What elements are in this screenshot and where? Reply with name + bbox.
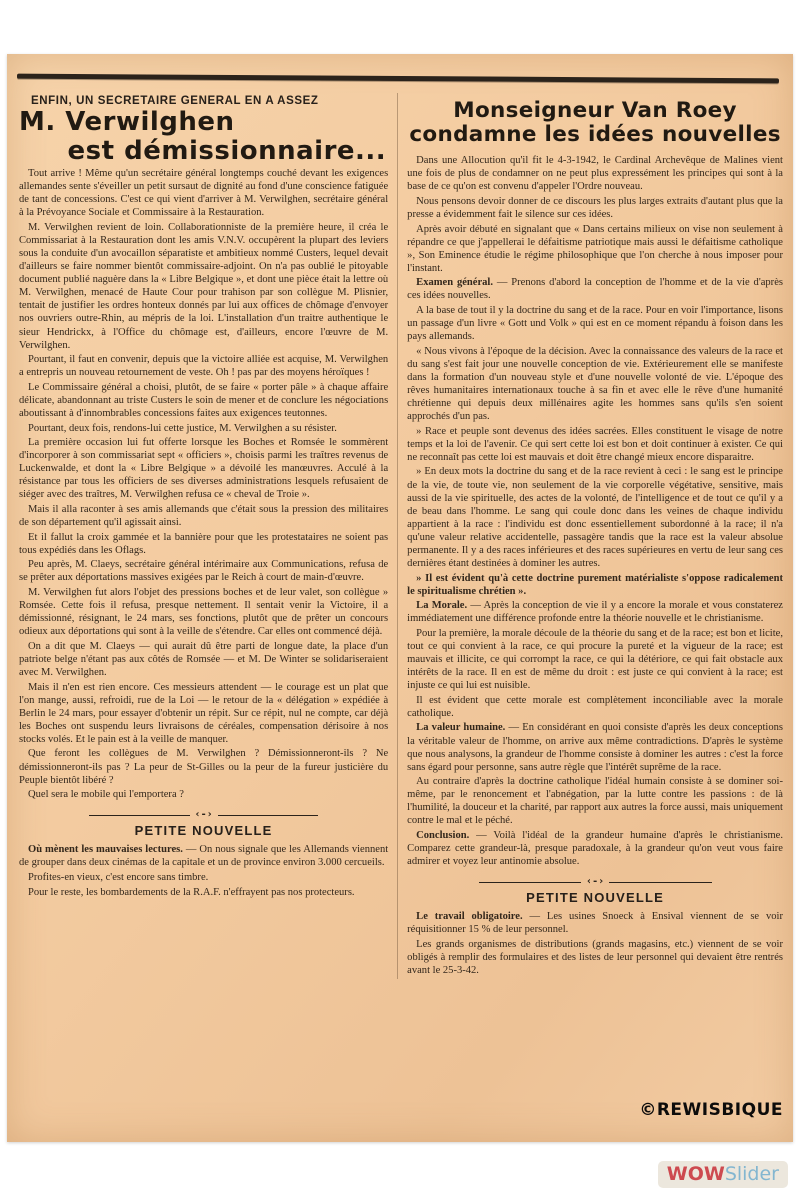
wowslider-watermark[interactable]: WOWSlider xyxy=(658,1161,788,1188)
divider-line-right xyxy=(218,815,318,817)
wowslider-wow-text: WOW xyxy=(667,1163,725,1185)
masthead-rule xyxy=(17,74,779,84)
paragraph-text: Le Commissaire général a choisi, plutôt,… xyxy=(19,382,388,419)
paragraph-lead: La Morale. xyxy=(416,600,470,611)
paragraph: » Il est évident qu'à cette doctrine pur… xyxy=(407,572,783,598)
paragraph: On a dit que M. Claeys — qui aurait dû ê… xyxy=(19,640,388,679)
paragraph: Peu après, M. Claeys, secrétaire général… xyxy=(19,558,388,584)
paragraph: Examen général.— Prenons d'abord la conc… xyxy=(407,276,783,302)
paragraph-text: Tout arrive ! Même qu'un secrétaire géné… xyxy=(19,168,388,218)
copyright-credit: ©REWISBIQUE xyxy=(639,1100,783,1120)
scanned-newspaper-page: ENFIN, UN SECRETAIRE GENERAL EN A ASSEZ … xyxy=(7,54,793,1142)
paragraph-lead: La valeur humaine. xyxy=(416,722,508,733)
divider-ornament-icon: ‹-› xyxy=(581,877,609,887)
news-item: Où mènent les mauvaises lectures.— On no… xyxy=(19,843,388,869)
section-divider: ‹-› xyxy=(479,877,712,887)
paragraph: Pour la première, la morale découle de l… xyxy=(407,627,783,692)
petite-nouvelle-heading-right: PETITE NOUVELLE xyxy=(407,890,783,905)
paragraph: Le Commissaire général a choisi, plutôt,… xyxy=(19,381,388,420)
paragraph-text: Quel sera le mobile qui l'emportera ? xyxy=(28,789,184,800)
paragraph-text: Mais il n'en est rien encore. Ces messie… xyxy=(19,682,388,745)
paragraph: Et il fallut la croix gammée et la banni… xyxy=(19,531,388,557)
paragraph-text: M. Verwilghen fut alors l'objet des pres… xyxy=(19,587,388,637)
paragraph: « Nous vivons à l'époque de la décision.… xyxy=(407,345,783,423)
article-van-roey: Monseigneur Van Roey condamne les idées … xyxy=(397,93,783,979)
headline-line1: M. Verwilghen xyxy=(19,107,235,137)
paragraph: Au contraire d'après la doctrine catholi… xyxy=(407,775,783,827)
paragraph-text: Au contraire d'après la doctrine catholi… xyxy=(407,776,783,826)
paragraph-text: Et il fallut la croix gammée et la banni… xyxy=(19,532,388,556)
article-body: Dans une Allocution qu'il fit le 4-3-194… xyxy=(407,154,783,868)
paragraph-text: Pourtant, il faut en convenir, depuis qu… xyxy=(19,354,388,378)
paragraph-text: » Race et peuple sont devenus des idées … xyxy=(407,426,783,463)
news-item: Pour le reste, les bombardements de la R… xyxy=(19,886,388,899)
paragraph: M. Verwilghen fut alors l'objet des pres… xyxy=(19,586,388,638)
divider-line-left xyxy=(479,882,581,884)
news-item-lead: Le travail obligatoire. xyxy=(416,911,529,922)
news-item: Les grands organismes de distributions (… xyxy=(407,938,783,977)
paragraph-text: Nous pensons devoir donner de ce discour… xyxy=(407,196,783,220)
news-item-text: Pour le reste, les bombardements de la R… xyxy=(28,887,355,898)
paragraph-text: Dans une Allocution qu'il fit le 4-3-194… xyxy=(407,155,783,192)
news-item: Le travail obligatoire.— Les usines Snoe… xyxy=(407,910,783,936)
paragraph-text: » En deux mots la doctrine du sang et de… xyxy=(407,466,783,569)
paragraph: Après avoir débuté en signalant que « Da… xyxy=(407,223,783,275)
headline-line2: est démissionnaire... xyxy=(19,138,388,165)
paragraph: Dans une Allocution qu'il fit le 4-3-194… xyxy=(407,154,783,193)
paragraph-text: Peu après, M. Claeys, secrétaire général… xyxy=(19,559,388,583)
paragraph-text: « Nous vivons à l'époque de la décision.… xyxy=(407,346,783,422)
paragraph: Nous pensons devoir donner de ce discour… xyxy=(407,195,783,221)
article-kicker: ENFIN, UN SECRETAIRE GENERAL EN A ASSEZ xyxy=(31,95,388,107)
article-headline-right: Monseigneur Van Roey condamne les idées … xyxy=(407,99,783,147)
paragraph-lead: Examen général. xyxy=(416,277,497,288)
petite-nouvelle-right-body: Le travail obligatoire.— Les usines Snoe… xyxy=(407,910,783,977)
news-item: Profites-en vieux, c'est encore sans tim… xyxy=(19,871,388,884)
paragraph: Il est évident que cette morale est comp… xyxy=(407,694,783,720)
paragraph: Pourtant, deux fois, rendons-lui cette j… xyxy=(19,422,388,435)
divider-ornament-icon: ‹-› xyxy=(190,810,218,820)
paragraph: Conclusion.— Voilà l'idéal de la grandeu… xyxy=(407,829,783,868)
paragraph-text: La première occasion lui fut offerte lor… xyxy=(19,437,388,500)
article-body: Tout arrive ! Même qu'un secrétaire géné… xyxy=(19,167,388,801)
paragraph: Mais il n'en est rien encore. Ces messie… xyxy=(19,681,388,746)
paragraph: Pourtant, il faut en convenir, depuis qu… xyxy=(19,353,388,379)
paragraph-text: Il est évident que cette morale est comp… xyxy=(407,695,783,719)
paragraph: A la base de tout il y la doctrine du sa… xyxy=(407,304,783,343)
paragraph-lead: Conclusion. xyxy=(416,830,476,841)
news-item-text: Les grands organismes de distributions (… xyxy=(407,939,783,976)
paragraph: Tout arrive ! Même qu'un secrétaire géné… xyxy=(19,167,388,219)
paragraph-text: Après avoir débuté en signalant que « Da… xyxy=(407,224,783,274)
paragraph-text: On a dit que M. Claeys — qui aurait dû ê… xyxy=(19,641,388,678)
paragraph-text: M. Verwilghen revient de loin. Collabora… xyxy=(19,222,388,351)
news-item-text: Profites-en vieux, c'est encore sans tim… xyxy=(28,872,208,883)
headline-line1: Monseigneur Van Roey xyxy=(453,98,737,123)
paragraph: La Morale.— Après la conception de vie i… xyxy=(407,599,783,625)
paragraph: » En deux mots la doctrine du sang et de… xyxy=(407,465,783,570)
paragraph: La première occasion lui fut offerte lor… xyxy=(19,436,388,501)
divider-line-left xyxy=(89,815,189,817)
paragraph: La valeur humaine.— En considérant en qu… xyxy=(407,721,783,773)
section-divider: ‹-› xyxy=(89,810,318,820)
paragraph-text: Pourtant, deux fois, rendons-lui cette j… xyxy=(28,423,337,434)
paragraph: Mais il alla raconter à ses amis alleman… xyxy=(19,503,388,529)
paragraph-text: Mais il alla raconter à ses amis alleman… xyxy=(19,504,388,528)
news-item-lead: Où mènent les mauvaises lectures. xyxy=(28,844,186,855)
divider-line-right xyxy=(609,882,711,884)
paragraph-text: A la base de tout il y la doctrine du sa… xyxy=(407,305,783,342)
paragraph-text: Pour la première, la morale découle de l… xyxy=(407,628,783,691)
paragraph-lead: » Il est évident qu'à cette doctrine pur… xyxy=(407,573,783,597)
headline-line2: condamne les idées nouvelles xyxy=(409,122,780,147)
paragraph: » Race et peuple sont devenus des idées … xyxy=(407,425,783,464)
article-verwilghen: ENFIN, UN SECRETAIRE GENERAL EN A ASSEZ … xyxy=(19,93,397,979)
paragraph: Que feront les collègues de M. Verwilghe… xyxy=(19,747,388,786)
page-columns: ENFIN, UN SECRETAIRE GENERAL EN A ASSEZ … xyxy=(7,91,793,979)
paragraph-text: Que feront les collègues de M. Verwilghe… xyxy=(19,748,388,785)
paragraph: Quel sera le mobile qui l'emportera ? xyxy=(19,788,388,801)
paragraph: M. Verwilghen revient de loin. Collabora… xyxy=(19,221,388,352)
article-headline-left: M. Verwilghen est démissionnaire... xyxy=(19,109,388,166)
petite-nouvelle-left-body: Où mènent les mauvaises lectures.— On no… xyxy=(19,843,388,898)
petite-nouvelle-heading-left: PETITE NOUVELLE xyxy=(19,823,388,838)
wowslider-slider-text: Slider xyxy=(725,1163,779,1185)
